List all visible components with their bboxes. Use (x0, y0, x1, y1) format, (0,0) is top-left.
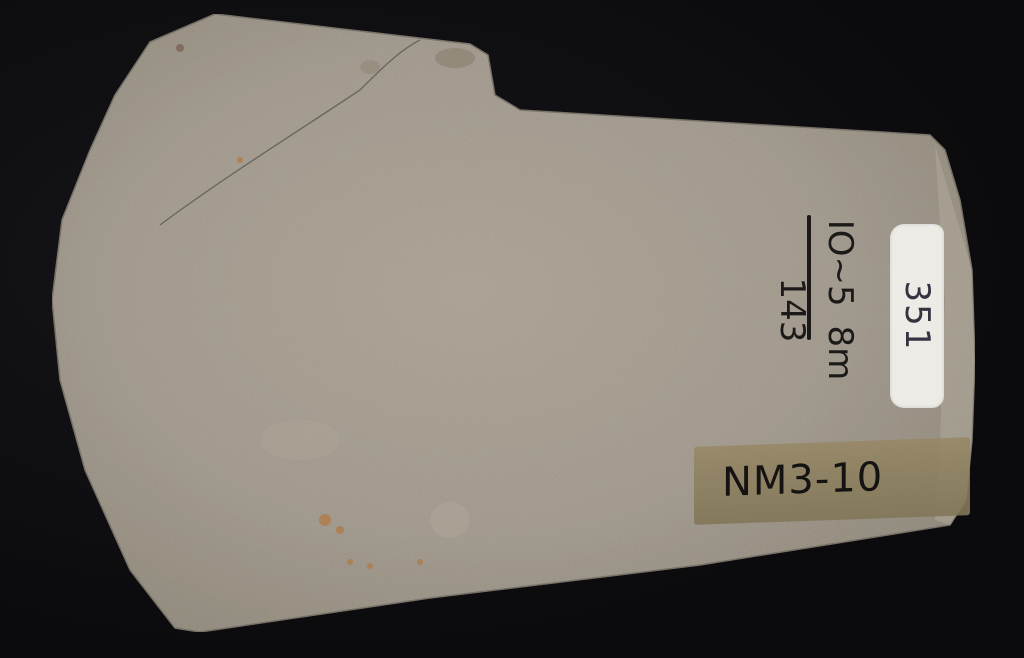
tape-label: NM3-10 (694, 437, 970, 525)
fraction-denominator: 143 (772, 278, 812, 343)
chip-mark (360, 60, 380, 74)
catalog-number: 351 (897, 281, 937, 352)
tape-label-text: NM3-10 (722, 454, 883, 506)
fraction-numerator: IO~5 8m (820, 220, 860, 381)
chip-mark (435, 48, 475, 68)
catalog-number-label: 351 (890, 224, 944, 408)
handwritten-field-number: IO~5 8m 143 (770, 205, 890, 435)
